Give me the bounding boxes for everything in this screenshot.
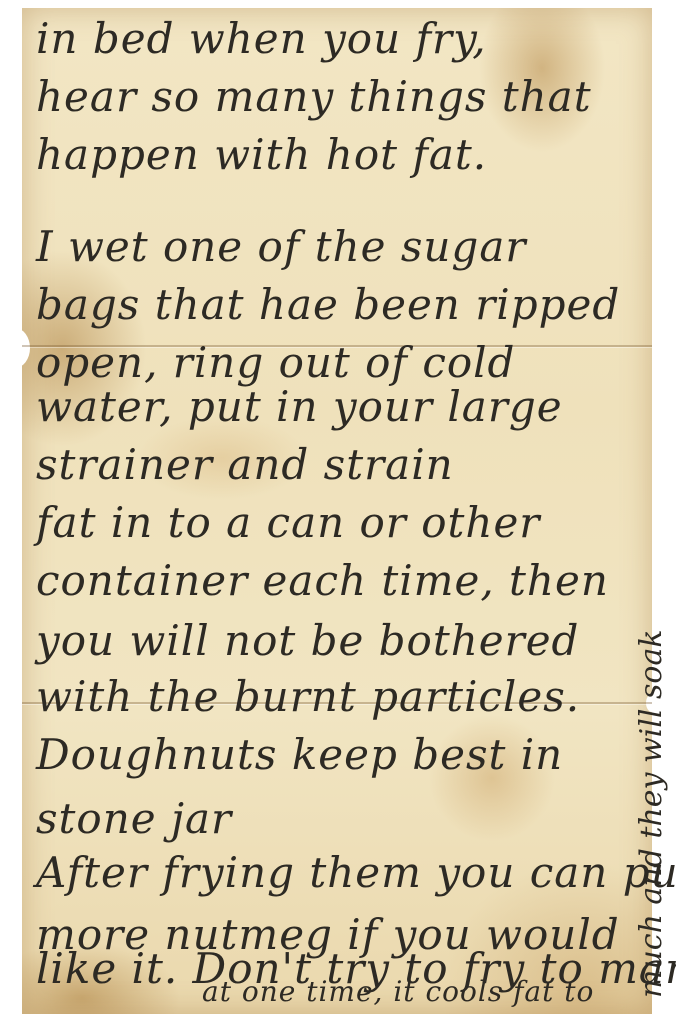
handwritten-line: bags that hae been ripped: [36, 284, 620, 326]
handwritten-line: with the burnt particles.: [36, 676, 580, 718]
handwritten-line: container each time, then: [36, 560, 609, 602]
handwritten-line: at one time, it cools fat to: [202, 978, 594, 1006]
handwritten-line: strainer and strain: [36, 444, 454, 486]
handwritten-line: Doughnuts keep best in: [36, 734, 563, 776]
handwritten-line: hear so many things that: [36, 76, 592, 118]
handwritten-line: After frying them you can put: [36, 852, 676, 894]
letter-page: in bed when you fry, hear so many things…: [22, 8, 652, 1014]
handwritten-line: water, put in your large: [36, 386, 563, 428]
handwritten-line: stone jar: [36, 798, 232, 840]
torn-edge-left: [0, 328, 30, 368]
handwritten-line: I wet one of the sugar: [36, 226, 526, 268]
handwritten-line: fat in to a can or other: [36, 502, 540, 544]
handwritten-line: you will not be bothered: [36, 620, 579, 662]
handwritten-line: in bed when you fry,: [36, 18, 487, 60]
handwritten-line: happen with hot fat.: [36, 134, 487, 176]
handwritten-line: open, ring out of cold: [36, 342, 515, 384]
margin-note-vertical: much and they will soak: [634, 629, 669, 998]
